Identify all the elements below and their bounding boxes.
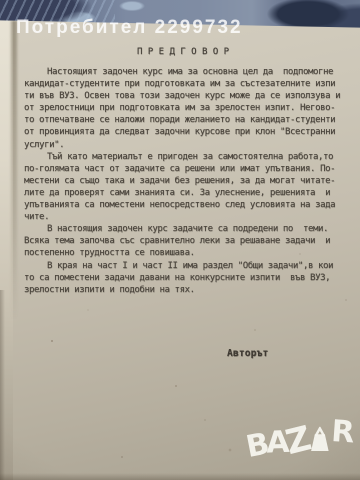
book-listing-photo: П Р Е Д Г О В О Р Настоящият задочен кур… [0, 0, 360, 480]
preface-line: по-голямата част от задачите са решени и… [24, 163, 342, 175]
preface-line: от провинцията да следват задочни курсов… [24, 126, 342, 138]
preface-line: В настоящия задочен курс задачите са под… [24, 223, 342, 235]
preface-line: Тъй като материалът е пригоден за самост… [24, 151, 342, 163]
preface-line: местени са също така и задачи без решени… [24, 175, 342, 187]
preface-line: от зрелостници при подготовката им за зр… [24, 102, 342, 114]
preface-line: ти във ВУЗ. Освен това този задочен курс… [24, 90, 342, 102]
preface-title: П Р Е Д Г О В О Р [24, 46, 342, 58]
preface-line: кандидат-студентите при подготовката им … [24, 78, 342, 90]
bazar-letter: R [330, 417, 352, 448]
author-signature: Авторът [227, 348, 342, 359]
preface-line: Всяка тема започва със сравнително леки … [24, 235, 342, 247]
photo-edge-shadow [0, 290, 5, 480]
preface-line: зрелостни изпити и подобни на тях. [24, 284, 342, 296]
preface-line: чите. [24, 211, 342, 223]
preface-line: услуги". [24, 139, 342, 151]
preface-line: В края на част I и част II има раздел "О… [24, 260, 342, 272]
preface-line: то са поместени задачи давани на конкурс… [24, 272, 342, 284]
spine-crease-shadow [11, 20, 17, 320]
preface-line: постепенно трудността се повишава. [24, 247, 342, 259]
shopping-bag-icon [309, 427, 330, 452]
preface-text-block: П Р Е Д Г О В О Р Настоящият задочен кур… [24, 46, 342, 359]
preface-line: лите да проверят сами знанията си. За ул… [24, 187, 342, 199]
preface-line: упътванията са поместени непосредствено … [24, 199, 342, 211]
preface-line: то отпечатване се наложи поради желаниет… [24, 114, 342, 126]
user-watermark: Потребител 2299732 [16, 17, 243, 39]
preface-line: Настоящият задочен курс има за основна ц… [24, 66, 342, 78]
